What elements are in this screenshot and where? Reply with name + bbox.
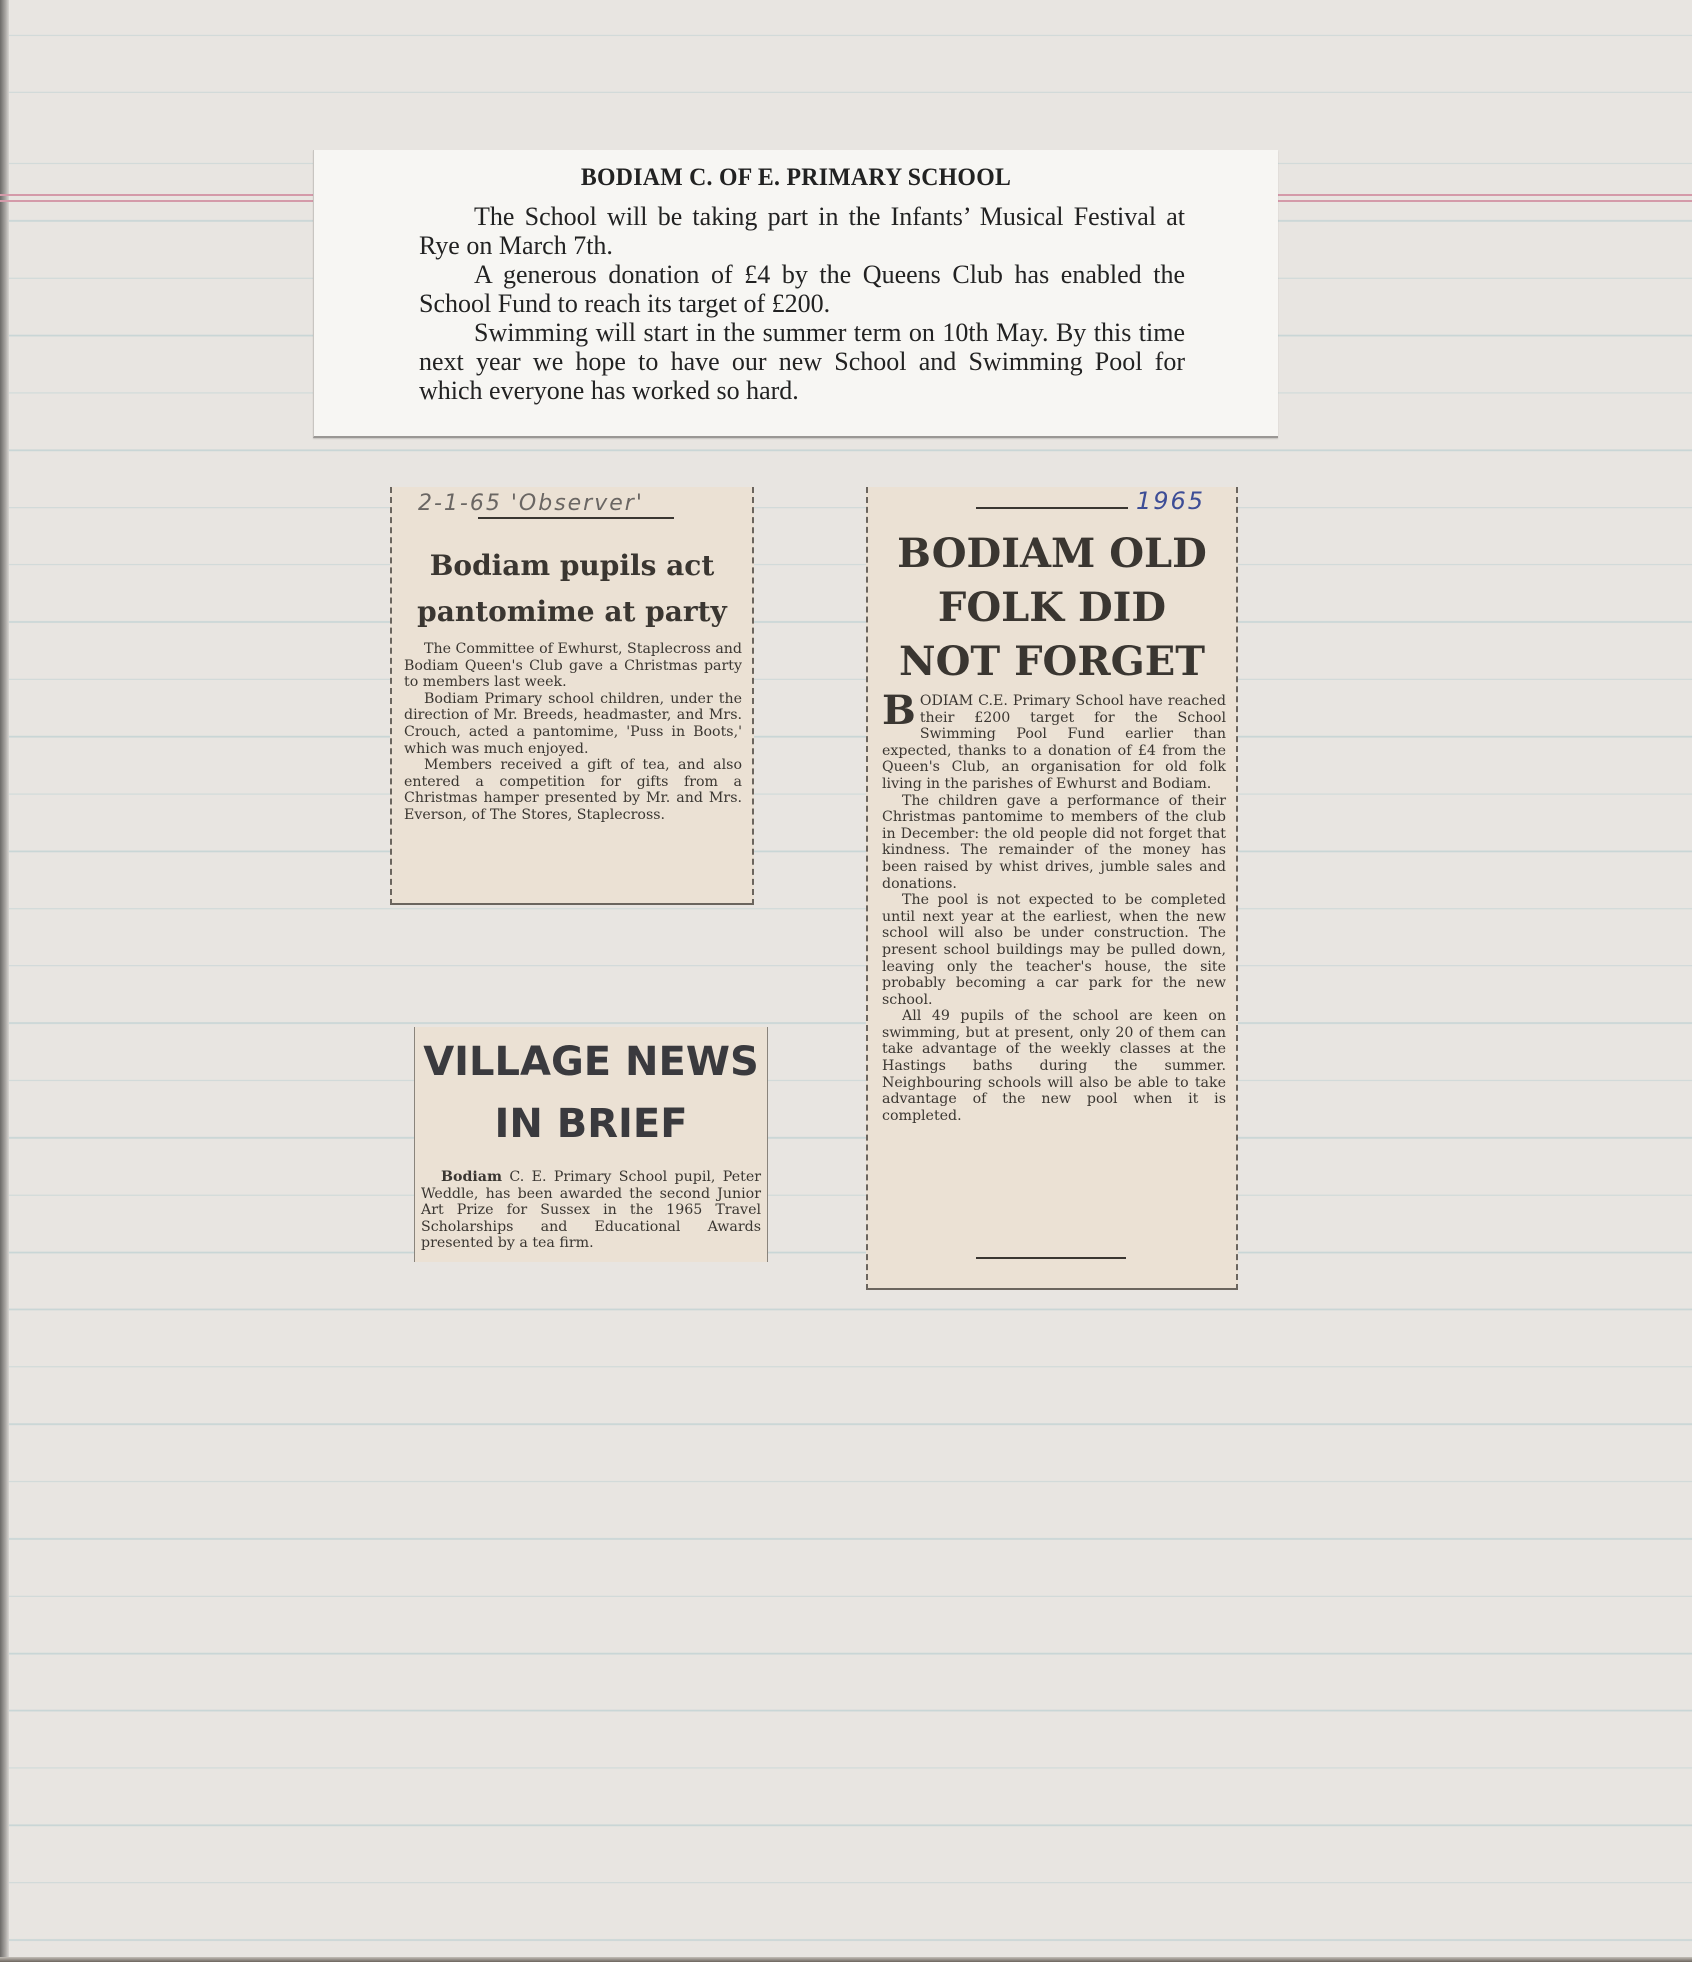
paragraph: A generous donation of £4 by the Queens … [419,260,1185,318]
headline-line: FOLK DID [868,581,1236,635]
handwritten-year-annotation: 1965 [1136,487,1205,515]
headline-line: pantomime at party [392,589,752,635]
lead-bold-word: Bodiam [441,1169,502,1185]
headline-line: IN BRIEF [415,1093,767,1155]
clipping-old-folk: 1965 BODIAM OLD FOLK DID NOT FORGET BODI… [866,487,1238,1290]
paragraph: Bodiam Primary school children, under th… [404,691,742,757]
paragraph: The children gave a performance of their… [882,793,1226,893]
headline-line: BODIAM OLD [868,527,1236,581]
paragraph: The School will be taking part in the In… [419,202,1185,260]
handwritten-date-annotation: 2-1-65 'Observer' [418,491,644,516]
clipping-pantomime: 2-1-65 'Observer' Bodiam pupils act pant… [390,487,754,905]
paragraph: Bodiam C. E. Primary School pupil, Peter… [421,1169,761,1252]
paragraph: Swimming will start in the summer term o… [419,318,1185,405]
paragraph: BODIAM C.E. Primary School have reached … [882,693,1226,793]
scrapbook-page: BODIAM C. OF E. PRIMARY SCHOOL The Schoo… [0,0,1692,1962]
paragraph: Members received a gift of tea, and also… [404,757,742,823]
end-rule [976,1257,1126,1259]
paragraph: The pool is not expected to be completed… [882,892,1226,1008]
divider-rule [478,517,674,519]
divider-rule [976,507,1128,509]
page-bottom-edge [0,1957,1692,1962]
clipping-village-news: VILLAGE NEWS IN BRIEF Bodiam C. E. Prima… [414,1027,768,1262]
article-body: BODIAM C.E. Primary School have reached … [882,693,1226,1124]
clipping-body: The School will be taking part in the In… [419,202,1185,405]
article-body: Bodiam C. E. Primary School pupil, Peter… [421,1169,761,1252]
headline-line: VILLAGE NEWS [415,1031,767,1093]
paragraph: All 49 pupils of the school are keen on … [882,1008,1226,1124]
page-binding-edge [0,0,9,1962]
headline: BODIAM OLD FOLK DID NOT FORGET [868,527,1236,689]
clipping-school-newsletter: BODIAM C. OF E. PRIMARY SCHOOL The Schoo… [313,150,1278,438]
article-body: The Committee of Ewhurst, Staplecross an… [404,641,742,824]
paragraph-text: ODIAM C.E. Primary School have reached t… [882,693,1226,792]
headline-line: Bodiam pupils act [392,543,752,589]
clipping-title: BODIAM C. OF E. PRIMARY SCHOOL [338,164,1254,192]
drop-cap: B [882,695,916,727]
headline: VILLAGE NEWS IN BRIEF [415,1031,767,1155]
headline-line: NOT FORGET [868,635,1236,689]
headline: Bodiam pupils act pantomime at party [392,543,752,635]
paragraph: The Committee of Ewhurst, Staplecross an… [404,641,742,691]
